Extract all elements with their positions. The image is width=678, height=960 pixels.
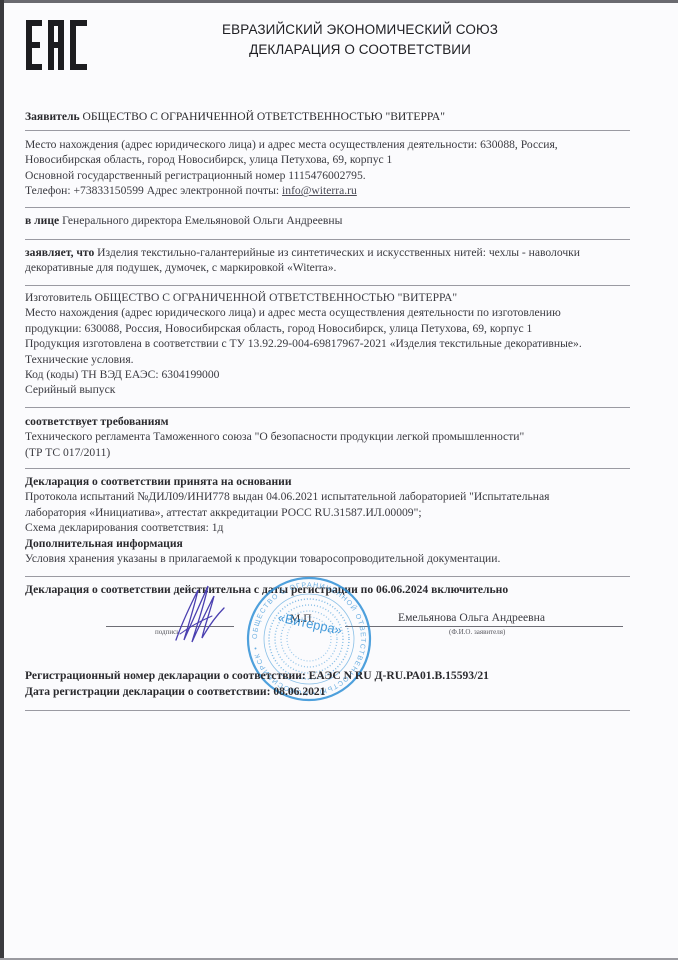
divider <box>25 130 630 131</box>
basis-line1: Протокола испытаний №ДИЛ09/ИНИ778 выдан … <box>25 489 605 504</box>
divider <box>25 710 630 711</box>
basis-line2: лаборатория «Инициатива», аттестат аккре… <box>25 505 605 520</box>
divider <box>25 407 630 408</box>
declares-line1: Изделия текстильно-галантерийные из синт… <box>97 246 580 259</box>
divider <box>25 468 630 469</box>
declares-label: заявляет, что <box>25 246 94 259</box>
manufacturer-line3: Продукция изготовлена в соответствии с Т… <box>25 336 605 351</box>
basis-block: Декларация о соответствии принята на осн… <box>25 474 605 566</box>
additional-info-text: Условия хранения указаны в прилагаемой к… <box>25 551 605 566</box>
conforms-line1: Технического регламента Таможенного союз… <box>25 429 605 444</box>
registration-date-value: 08.06.2021 <box>273 685 325 698</box>
conforms-line2: (ТР ТС 017/2011) <box>25 445 605 460</box>
scan-edge-left <box>0 0 4 960</box>
divider <box>25 285 630 286</box>
manufacturer-name: ОБЩЕСТВО С ОГРАНИЧЕННОЙ ОТВЕТСТВЕННОСТЬЮ… <box>95 291 457 304</box>
handwritten-signature-icon <box>168 578 238 648</box>
signer-name-line <box>345 626 623 627</box>
applicant-line: Заявитель ОБЩЕСТВО С ОГРАНИЧЕННОЙ ОТВЕТС… <box>25 109 605 124</box>
signer-name: Емельянова Ольга Андреевна <box>398 611 545 624</box>
applicant-address-line1: Место нахождения (адрес юридического лиц… <box>25 137 605 152</box>
manufacturer-hs-code: Код (коды) ТН ВЭД ЕАЭС: 6304199000 <box>25 367 605 382</box>
signer-caption: (Ф.И.О. заявителя) <box>449 628 505 636</box>
registration-date-line: Дата регистрации декларации о соответств… <box>25 684 605 699</box>
representative-label: в лице <box>25 214 59 227</box>
representative-text: Генерального директора Емельяновой Ольги… <box>62 214 342 227</box>
registration-number-label: Регистрационный номер декларации о соотв… <box>25 669 306 682</box>
registration-number-line: Регистрационный номер декларации о соотв… <box>25 668 605 683</box>
manufacturer-line1: Место нахождения (адрес юридического лиц… <box>25 305 605 320</box>
manufacturer-line4: Технические условия. <box>25 352 605 367</box>
applicant-address-line2: Новосибирская область, город Новосибирск… <box>25 152 605 167</box>
additional-info-label: Дополнительная информация <box>25 536 605 551</box>
header-declaration-title: ДЕКЛАРАЦИЯ О СООТВЕТСТВИИ <box>190 40 530 60</box>
eac-mark-icon <box>26 20 88 70</box>
manufacturer-production-type: Серийный выпуск <box>25 382 605 397</box>
applicant-label: Заявитель <box>25 110 80 123</box>
divider <box>25 207 630 208</box>
registration-number-value: ЕАЭС N RU Д-RU.РА01.В.15593/21 <box>309 669 489 682</box>
scan-edge-top <box>0 0 678 3</box>
declares-block: заявляет, что Изделия текстильно-галанте… <box>25 245 605 276</box>
document-header: ЕВРАЗИЙСКИЙ ЭКОНОМИЧЕСКИЙ СОЮЗ ДЕКЛАРАЦИ… <box>190 20 530 60</box>
conforms-label: соответствует требованиям <box>25 414 605 429</box>
manufacturer-label: Изготовитель <box>25 291 92 304</box>
manufacturer-line2: продукции: 630088, Россия, Новосибирская… <box>25 321 605 336</box>
applicant-address-block: Место нахождения (адрес юридического лиц… <box>25 137 605 199</box>
basis-scheme: Схема декларирования соответствия: 1д <box>25 520 605 535</box>
applicant-phone: Телефон: +73833150599 Адрес электронной … <box>25 184 282 197</box>
basis-label: Декларация о соответствии принята на осн… <box>25 474 605 489</box>
applicant-email-link[interactable]: info@witerra.ru <box>282 184 357 197</box>
conforms-block: соответствует требованиям Технического р… <box>25 414 605 460</box>
header-union-title: ЕВРАЗИЙСКИЙ ЭКОНОМИЧЕСКИЙ СОЮЗ <box>190 20 530 40</box>
divider <box>25 239 630 240</box>
representative-line: в лице Генерального директора Емельяново… <box>25 213 605 228</box>
svg-text:«Витерра»: «Витерра» <box>277 609 344 637</box>
manufacturer-block: Изготовитель ОБЩЕСТВО С ОГРАНИЧЕННОЙ ОТВ… <box>25 290 605 398</box>
applicant-contacts: Телефон: +73833150599 Адрес электронной … <box>25 183 605 198</box>
applicant-name: ОБЩЕСТВО С ОГРАНИЧЕННОЙ ОТВЕТСТВЕННОСТЬЮ… <box>83 110 445 123</box>
registration-date-label: Дата регистрации декларации о соответств… <box>25 685 270 698</box>
applicant-ogrn: Основной государственный регистрационный… <box>25 168 605 183</box>
declares-line2: декоративные для подушек, думочек, с мар… <box>25 260 605 275</box>
